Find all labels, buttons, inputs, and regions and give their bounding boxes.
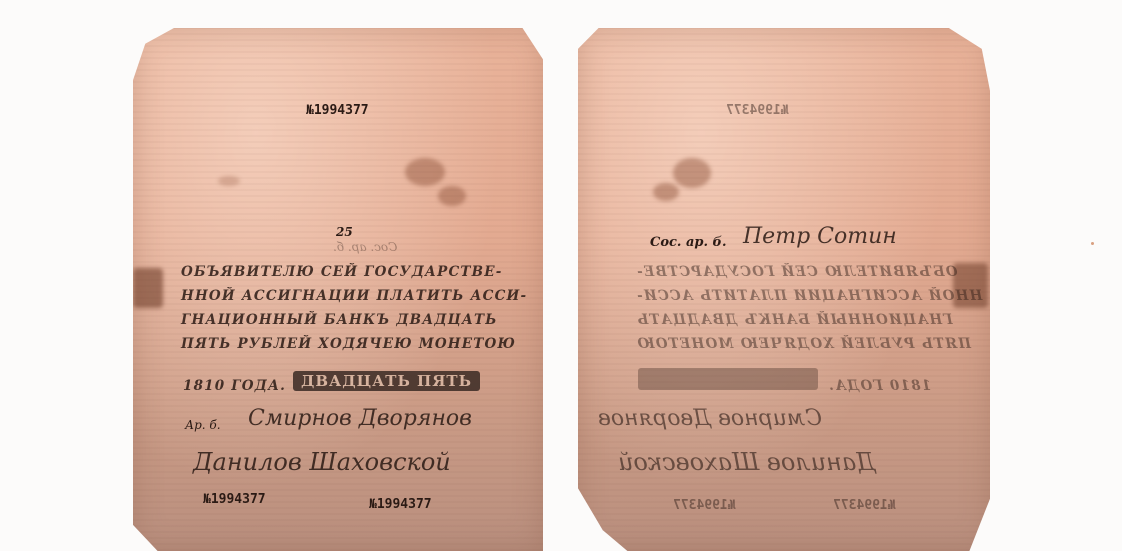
counter-label: Сос. ар. б.: [650, 235, 726, 250]
counter-signature: Петр Сотин: [743, 224, 897, 249]
bleed-serial-left: №1994377: [673, 498, 736, 513]
bleed-serial-right: №1994377: [833, 498, 896, 513]
stain: [133, 268, 163, 308]
bleed-line-3: гнационный банкъ двадцать: [636, 312, 953, 328]
speck: [1091, 242, 1094, 245]
stain: [218, 176, 240, 186]
denomination-mark: 25: [336, 225, 353, 239]
amount-stamp: ДВАДЦАТЬ ПЯТЬ: [293, 371, 480, 391]
signature-1: Смирнов Дворянов: [248, 406, 472, 431]
banknote-back: №1994377 Сос. ар. б. Петр Сотин Объявите…: [578, 28, 990, 551]
serial-number-bottom-left: №1994377: [203, 492, 266, 507]
serial-number-top: №1994377: [306, 103, 369, 118]
bleed-line-1: Объявителю сей государстве-: [636, 264, 958, 280]
bleed-line-4: пять рублей ходячею монетою: [636, 336, 971, 352]
year-label: 1810 года.: [183, 378, 286, 394]
signature-prefix: Ар. б.: [185, 418, 221, 432]
signature-2: Данилов Шаховской: [193, 448, 451, 476]
stain: [438, 186, 466, 206]
stain: [653, 183, 679, 201]
text-line-4: пять рублей ходячею монетою: [181, 336, 516, 352]
counter-line-mirrored: Сос. ар. б.: [333, 240, 397, 254]
text-line-1: Объявителю сей государстве-: [181, 264, 503, 280]
stain: [405, 158, 445, 186]
text-line-3: гнационный банкъ двадцать: [181, 312, 498, 328]
serial-number-top-mirrored: №1994377: [726, 103, 789, 118]
text-line-2: нной ассигнации платить асси-: [181, 288, 527, 304]
bleed-signature-1: Смирнов Дворянов: [598, 406, 822, 431]
bleed-year: 1810 года.: [828, 378, 931, 394]
stain: [673, 158, 711, 188]
bleed-stamp: [638, 368, 818, 390]
bleed-signature-2: Данилов Шаховской: [618, 448, 876, 476]
bleed-line-2: нной ассигнации платить асси-: [636, 288, 982, 304]
banknote-front: №1994377 25 Сос. ар. б. Объявителю сей г…: [133, 28, 543, 551]
serial-number-bottom-right: №1994377: [369, 497, 432, 512]
